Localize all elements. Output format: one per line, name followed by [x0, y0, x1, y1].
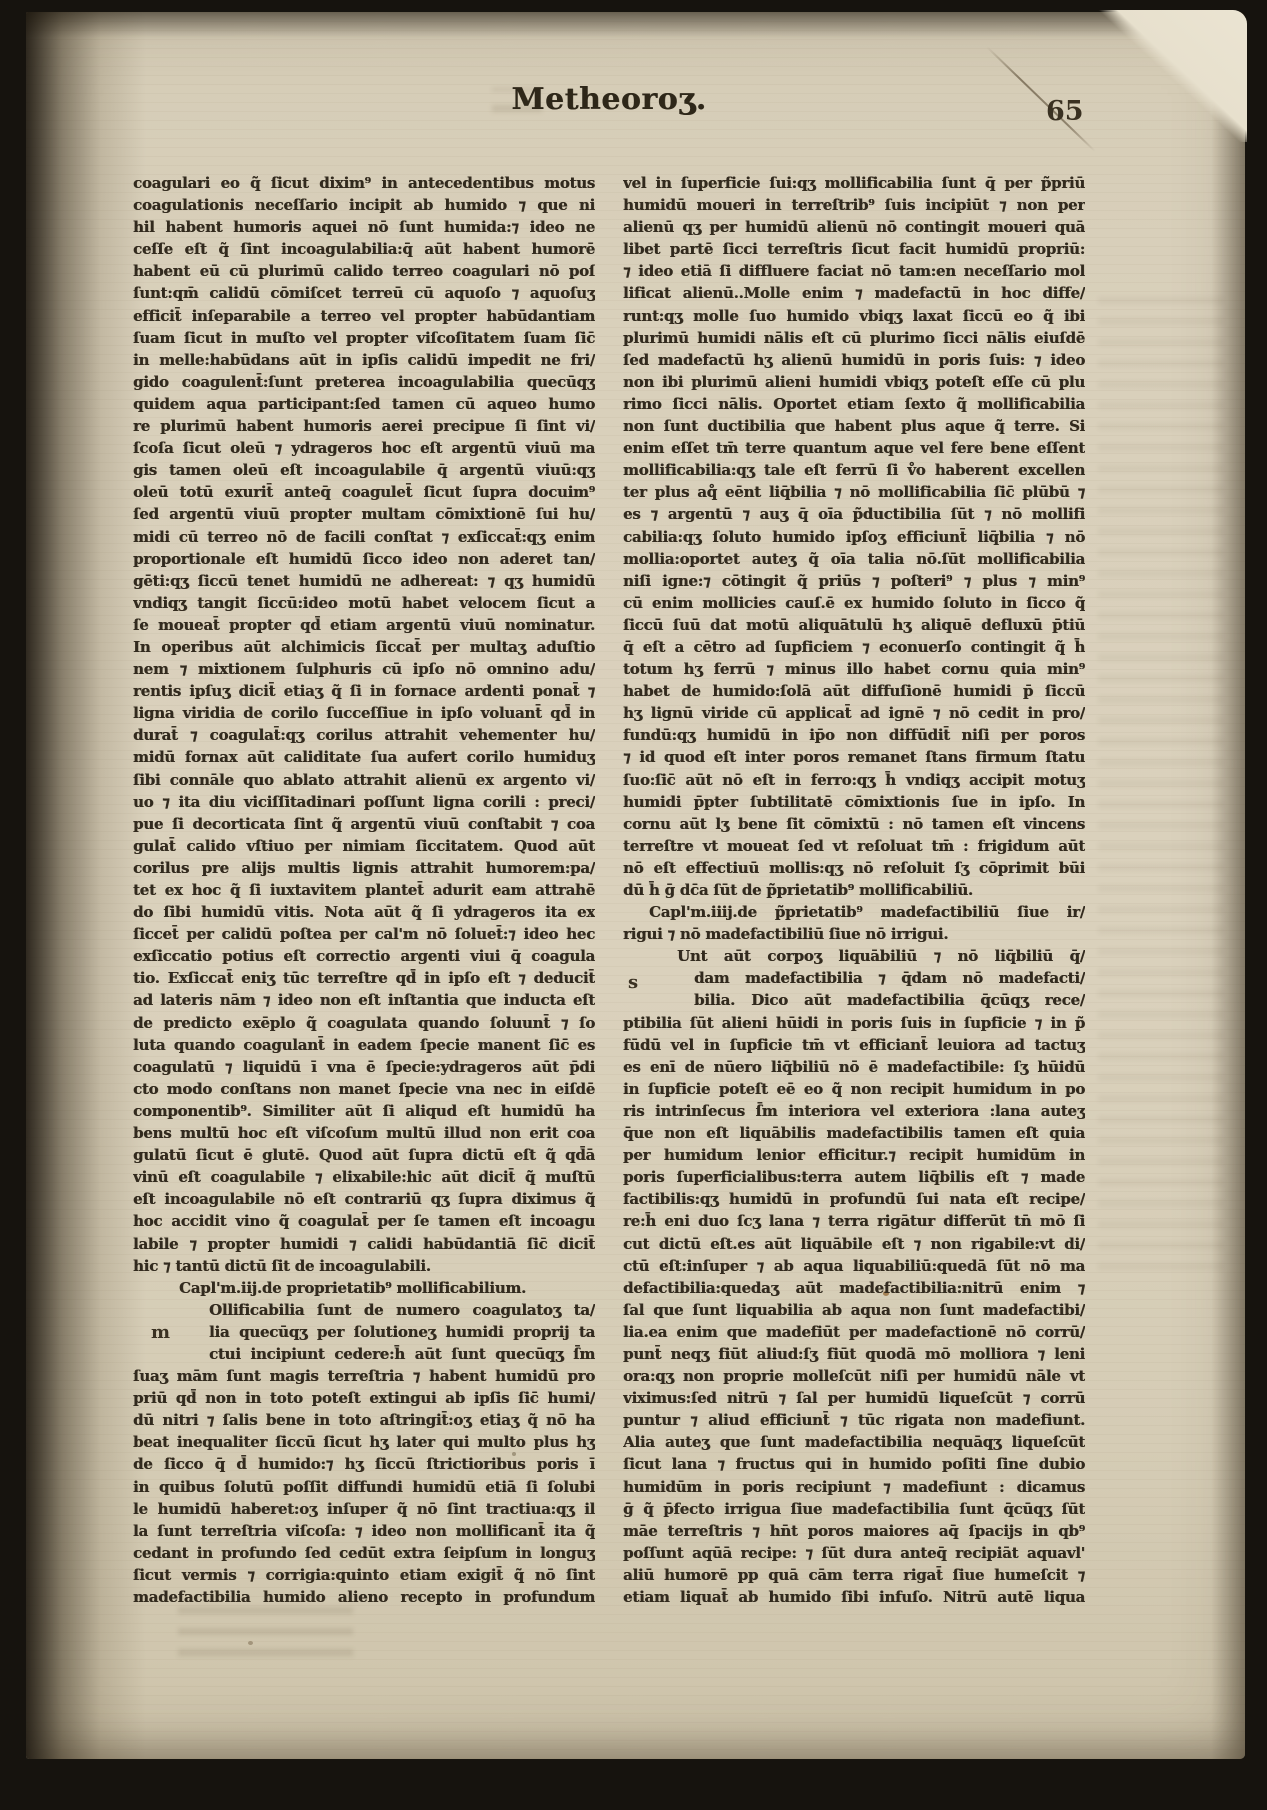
text-line: ⁊ ideo etiā ſi diffluere faciat nō tam:e…: [623, 260, 1085, 282]
text-line: terreſtre vt moueat ſed vt reſoluat tm̄ …: [623, 835, 1085, 857]
text-line: bens multū hoc eſt viſcoſum multū illud …: [133, 1122, 595, 1144]
text-line: eſt incoagulabile nō eſt contrariū qʒ ſu…: [133, 1188, 595, 1210]
text-line: rentis ipſuʒ dicit̄ etiaʒ q̃ ſi in forna…: [133, 680, 595, 702]
text-line: gulatū ſicut ē glutē. Quod aūt ſupra dic…: [133, 1144, 595, 1166]
text-line: cedant in profundo ſed cedūt extra ſeipſ…: [133, 1542, 595, 1564]
text-line: ctui incipiunt cedere:h̄ aūt ſunt quecūq…: [133, 1343, 595, 1365]
text-line: ⁊ id quod eſt inter poros remanet ſtans …: [623, 746, 1085, 768]
text-line: componentib⁹. Similiter aūt ſi aliqud eſ…: [133, 1100, 595, 1122]
text-line: mollificabilia:qʒ tale eſt ferrū ſi v̊o …: [623, 459, 1085, 481]
text-line: uo ⁊ ita diu viciſſitadinari poſſunt lig…: [133, 791, 595, 813]
text-line: per humidum lenior efficitur.⁊ recipit h…: [623, 1144, 1085, 1166]
text-line: ligna viridia de corilo ſucceſſiue in ip…: [133, 702, 595, 724]
text-line: nem ⁊ mixtionem ſulphuris cū ipſo nō omn…: [133, 658, 595, 680]
text-line: tet ex hoc q̃ ſi iuxtavitem plantet̄ adu…: [133, 879, 595, 901]
text-line: humidūm in poris recipiunt ⁊ madefiunt :…: [623, 1476, 1085, 1498]
text-line: es enī de nūero liq̄biliū nō ē madefacti…: [623, 1056, 1085, 1078]
text-line: Capl'm.iiij.de p̃prietatib⁹ madefactibil…: [623, 901, 1085, 923]
text-line: gis tamen oleū eſt incoagulabile q̄ arge…: [133, 459, 595, 481]
text-line: vndiqʒ tangit ſiccū:ideo motū habet velo…: [133, 592, 595, 614]
text-line: ſiccū ſuū dat motū aliquātulū hʒ aliquē …: [623, 614, 1085, 636]
text-line: quidem aqua participant:ſed tamen cū aqu…: [133, 393, 595, 415]
text-line: poſſunt aqūā recipe: ⁊ ſūt dura anteq̄ r…: [623, 1542, 1085, 1564]
text-line: In operibus aūt alchimicis ſiccat̄ per m…: [133, 636, 595, 658]
text-line: ſunt:qm̄ calidū cōmiſcet terreū cū aquoſ…: [133, 282, 595, 304]
text-line: etiam liquat̄ ab humido ſibi infuſo. Nit…: [623, 1586, 1085, 1608]
text-line: ſed argentū viuū propter multam cōmixtio…: [133, 503, 595, 525]
text-line: luta quando coagulant̄ in eadem ſpecie m…: [133, 1034, 595, 1056]
guide-letter-s: s: [628, 972, 638, 993]
text-line: punt̄ neqʒ fiūt aliud:ſʒ fiūt quodā mō m…: [623, 1343, 1085, 1365]
text-line: dū h̄ ḡ dc̄a ſūt de p̃prietatib⁹ mollifi…: [623, 879, 1085, 901]
text-line: non ſunt ductibilia que habent plus aque…: [623, 415, 1085, 437]
text-line: lificat alienū..Molle enim ⁊ madefactū i…: [623, 282, 1085, 304]
text-line: ſuaʒ mām ſunt magis terreſtria ⁊ habent …: [133, 1365, 595, 1387]
text-line: in melle:habūdans aūt in ipſis calidū im…: [133, 349, 595, 371]
text-line: fūdū vel in ſupficie tm̄ vt efficiant̄ l…: [623, 1034, 1085, 1056]
text-line: habent eū cū plurimū calido terreo coagu…: [133, 260, 595, 282]
text-line: humidi p̄pter ſubtilitatē cōmixtionis ſu…: [623, 791, 1085, 813]
text-line: es ⁊ argentū ⁊ auʒ q̄ oīa p̃ductibilia ſ…: [623, 503, 1085, 525]
text-line: puntur ⁊ aliud efficiunt̄ ⁊ tūc rigata n…: [623, 1409, 1085, 1431]
text-line: totum hʒ ferrū ⁊ minus illo habet cornu …: [623, 658, 1085, 680]
text-line: priū qd̄ non in toto poteſt extingui ab …: [133, 1387, 595, 1409]
text-line: ſal que ſunt liquabilia ab aqua non ſunt…: [623, 1299, 1085, 1321]
text-line: ſicut lana ⁊ fructus qui in humido poſit…: [623, 1453, 1085, 1475]
text-line: tio. Exſiccat̄ eniʒ tūc terreſtre qd̄ in…: [133, 967, 595, 989]
text-line: coagulationis neceſſario incipit ab humi…: [133, 194, 595, 216]
text-line: ſuo:ſic̄ aūt nō eſt in ferro:qʒ h̄ vndiq…: [623, 769, 1085, 791]
text-line: cto modo conſtans non manet ſpecie vna n…: [133, 1078, 595, 1100]
text-line: māe terreſtris ⁊ hn̄t poros maiores aq̄ …: [623, 1520, 1085, 1542]
text-line: coagulatū ⁊ liquidū ī vna ē ſpecie:ydrag…: [133, 1056, 595, 1078]
text-line: cabilia:qʒ ſoluto humido ipſoʒ efficiunt…: [623, 526, 1085, 548]
gutter-shadow: [26, 12, 146, 1759]
text-line: aliū humorē pp quā cām terra rigat̄ ſiue…: [623, 1564, 1085, 1586]
text-line: le humidū haberet:oʒ inſuper q̃ nō ſint …: [133, 1498, 595, 1520]
text-line: ctū eſt:inſuper ⁊ ab aqua liquabiliū:que…: [623, 1255, 1085, 1277]
text-line: libet partē ſicci terreſtris ſicut facit…: [623, 238, 1085, 260]
text-line: pue ſi decorticata ſint q̃ argentū viuū …: [133, 813, 595, 835]
text-line: labile ⁊ propter humidi ⁊ calidi habūdan…: [133, 1233, 595, 1255]
text-line: ſcoſa ſicut oleū ⁊ ydrageros hoc eſt arg…: [133, 437, 595, 459]
text-line: coagulari eo q̃ ſicut dixim⁹ in antecede…: [133, 172, 595, 194]
corner-fold: [1007, 10, 1247, 142]
text-line: q̄ue non eſt liquābilis madefactibilis t…: [623, 1122, 1085, 1144]
text-line: runt:qʒ molle ſuo humido vbiqʒ laxat ſic…: [623, 305, 1085, 327]
text-line: ceſſe eſt q̃ ſint incoagulabilia:q̄ aūt …: [133, 238, 595, 260]
text-line: re plurimū habent humoris aerei precipue…: [133, 415, 595, 437]
text-line: ſed madefactū hʒ alienū humidū in poris …: [623, 349, 1085, 371]
guide-letter-m: m: [151, 1322, 170, 1343]
text-line: de predicto exēplo q̃ coagulata quando ſ…: [133, 1012, 595, 1034]
text-line: rigui ⁊ nō madefactibiliū ſiue nō irrigu…: [623, 923, 1085, 945]
text-line: midū fornax aūt caliditate ſua aufert co…: [133, 746, 595, 768]
text-line: plurimū humidi nālis eſt cū plurimo ſicc…: [623, 327, 1085, 349]
left-text-column: m coagulari eo q̃ ſicut dixim⁹ in antece…: [133, 172, 595, 1608]
text-line: proportionale eſt humidū ſicco ideo non …: [133, 548, 595, 570]
text-line: niſi igne:⁊ cōtingit q̃ priūs ⁊ poſteri⁹…: [623, 570, 1085, 592]
text-line: vinū eſt coagulabile ⁊ elixabile:hic aūt…: [133, 1166, 595, 1188]
text-line: vel in ſuperficie ſui:qʒ mollificabilia …: [623, 172, 1085, 194]
text-line: bilia. Dico aūt madefactibilia q̄cūqʒ re…: [623, 989, 1085, 1011]
text-line: lia quecūqʒ per ſolutioneʒ humidi propri…: [133, 1321, 595, 1343]
text-line: Capl'm.iij.de proprietatib⁹ mollificabil…: [133, 1277, 595, 1299]
folio-number: 65: [1046, 96, 1084, 127]
text-line: Alia auteʒ que ſunt madefactibilia nequā…: [623, 1431, 1085, 1453]
text-line: ſuam ſicut in muſto vel propter viſcoſit…: [133, 327, 595, 349]
text-line: factibilis:qʒ humidū in profundū ſui nat…: [623, 1188, 1085, 1210]
text-line: hic ⁊ tantū dictū ſit de incoagulabili.: [133, 1255, 595, 1277]
text-line: la ſunt terreſtria viſcoſa: ⁊ ideo non m…: [133, 1520, 595, 1542]
text-line: enim eſſet tm̄ terre quantum aque vel fe…: [623, 437, 1085, 459]
text-line: alienū qʒ per humidū alienū nō contingit…: [623, 216, 1085, 238]
text-line: ris intrinſecus ſ̄m interiora vel exteri…: [623, 1100, 1085, 1122]
text-line: defactibilia:quedaʒ aūt madefactibilia:n…: [623, 1277, 1085, 1299]
text-line: ſibi connāle quo ablato attrahit alienū …: [133, 769, 595, 791]
text-line: efficit̄ inſeparabile a terreo vel propt…: [133, 305, 595, 327]
text-line: ter plus aq̊ eēnt liq̄bilia ⁊ nō mollifi…: [623, 481, 1085, 503]
text-line: gido coagulent̄:ſunt preterea incoagulab…: [133, 371, 595, 393]
text-line: de ſicco q̄ d̄ humido:⁊ hʒ ſiccū ſtricti…: [133, 1453, 595, 1475]
text-line: ḡ q̃ p̄fecto irrigua ſiue madefactibilia…: [623, 1498, 1085, 1520]
text-line: Ollificabilia ſunt de numero coagulatoʒ …: [133, 1299, 595, 1321]
text-line: rimo ſicci nālis. Oportet etiam ſexto q̃…: [623, 393, 1085, 415]
text-line: dū nitri ⁊ ſalis bene in toto aſtringit̄…: [133, 1409, 595, 1431]
text-line: durat̄ ⁊ coagulat̄:qʒ corilus attrahit v…: [133, 724, 595, 746]
text-line: in quibus ſolutū poſſit diffundi humidū …: [133, 1476, 595, 1498]
text-line: do ſibi humidū vitis. Nota aūt q̃ ſi ydr…: [133, 901, 595, 923]
text-line: in ſupficie poteſt eē eo q̃ non recipit …: [623, 1078, 1085, 1100]
text-line: poris ſuperficialibus:terra autem liq̄bi…: [623, 1166, 1085, 1188]
text-line: ſe moueat̄ propter qd̄ etiam argentū viu…: [133, 614, 595, 636]
text-line: fundū:qʒ humidū in ip̄o non diffūdit̄ ni…: [623, 724, 1085, 746]
text-line: mollia:oportet auteʒ q̃ oīa talia nō.ſūt…: [623, 548, 1085, 570]
text-line: ora:qʒ non proprie molleſcūt niſi per hu…: [623, 1365, 1085, 1387]
text-line: lia.ea enim que madefiūt per madefaction…: [623, 1321, 1085, 1343]
text-line: hoc accidit vino q̃ coagulat̄ per ſe tam…: [133, 1210, 595, 1232]
text-line: gēti:qʒ ſiccū tenet humidū ne adhereat: …: [133, 570, 595, 592]
text-line: cornu aūt lʒ bene ſit cōmixtū : nō tamen…: [623, 813, 1085, 835]
text-line: ad lateris nām ⁊ ideo non eſt inſtantia …: [133, 989, 595, 1011]
text-line: q̄ eſt a cētro ad ſupficiem ⁊ econuerſo …: [623, 636, 1085, 658]
text-line: viximus:ſed nitrū ⁊ ſal per humidū lique…: [623, 1387, 1085, 1409]
text-line: gulat̄ calido vſtiuo per nimiam ſiccitat…: [133, 835, 595, 857]
text-line: habet de humido:ſolā aūt diffuſionē humi…: [623, 680, 1085, 702]
text-line: re:h̄ eni duo ſcʒ lana ⁊ terra rigātur d…: [623, 1210, 1085, 1232]
text-line: oleū totū exurit̄ anteq̄ coagulet̄ ſicut…: [133, 481, 595, 503]
text-line: hil habent humoris aquei nō ſunt humida:…: [133, 216, 595, 238]
text-line: hʒ lignū viride cū applicat̄ ad ignē ⁊ n…: [623, 702, 1085, 724]
right-text-column: s vel in ſuperficie ſui:qʒ mollificabili…: [623, 172, 1085, 1608]
text-line: cut dictū eſt.es aūt liquābile eſt ⁊ non…: [623, 1233, 1085, 1255]
text-line: cū enim mollicies cauſ.ē ex humido ſolut…: [623, 592, 1085, 614]
text-line: humidū moueri in terreſtrib⁹ ſuis incipi…: [623, 194, 1085, 216]
text-line: ſiccet̄ per calidū poſtea per cal'm nō ſ…: [133, 923, 595, 945]
right-edge-shadow: [1211, 12, 1245, 1759]
text-line: beat inequaliter ſiccū ſicut hʒ later qu…: [133, 1431, 595, 1453]
text-line: midi cū terreo nō de facili conſtat ⁊ ex…: [133, 526, 595, 548]
text-line: exſiccatio potius eſt correctio argenti …: [133, 945, 595, 967]
page-title: Metheoroʒ.: [133, 82, 1085, 117]
text-line: ptibilia ſūt alieni hūidi in poris ſuis …: [623, 1012, 1085, 1034]
text-line: dam madefactibilia ⁊ q̄dam nō madefacti/: [623, 967, 1085, 989]
text-line: Unt aūt corpoʒ liquābiliū ⁊ nō liq̄biliū…: [623, 945, 1085, 967]
text-line: nō eſt effectiuū mollis:qʒ nō reſoluit ſ…: [623, 857, 1085, 879]
text-line: non ibi plurimū alieni humidi vbiqʒ pote…: [623, 371, 1085, 393]
text-line: ſicut vermis ⁊ corrigia:quinto etiam exi…: [133, 1564, 595, 1586]
text-line: madefactibilia humido alieno recepto in …: [133, 1586, 595, 1608]
text-line: corilus pre alijs multis lignis attrahit…: [133, 857, 595, 879]
